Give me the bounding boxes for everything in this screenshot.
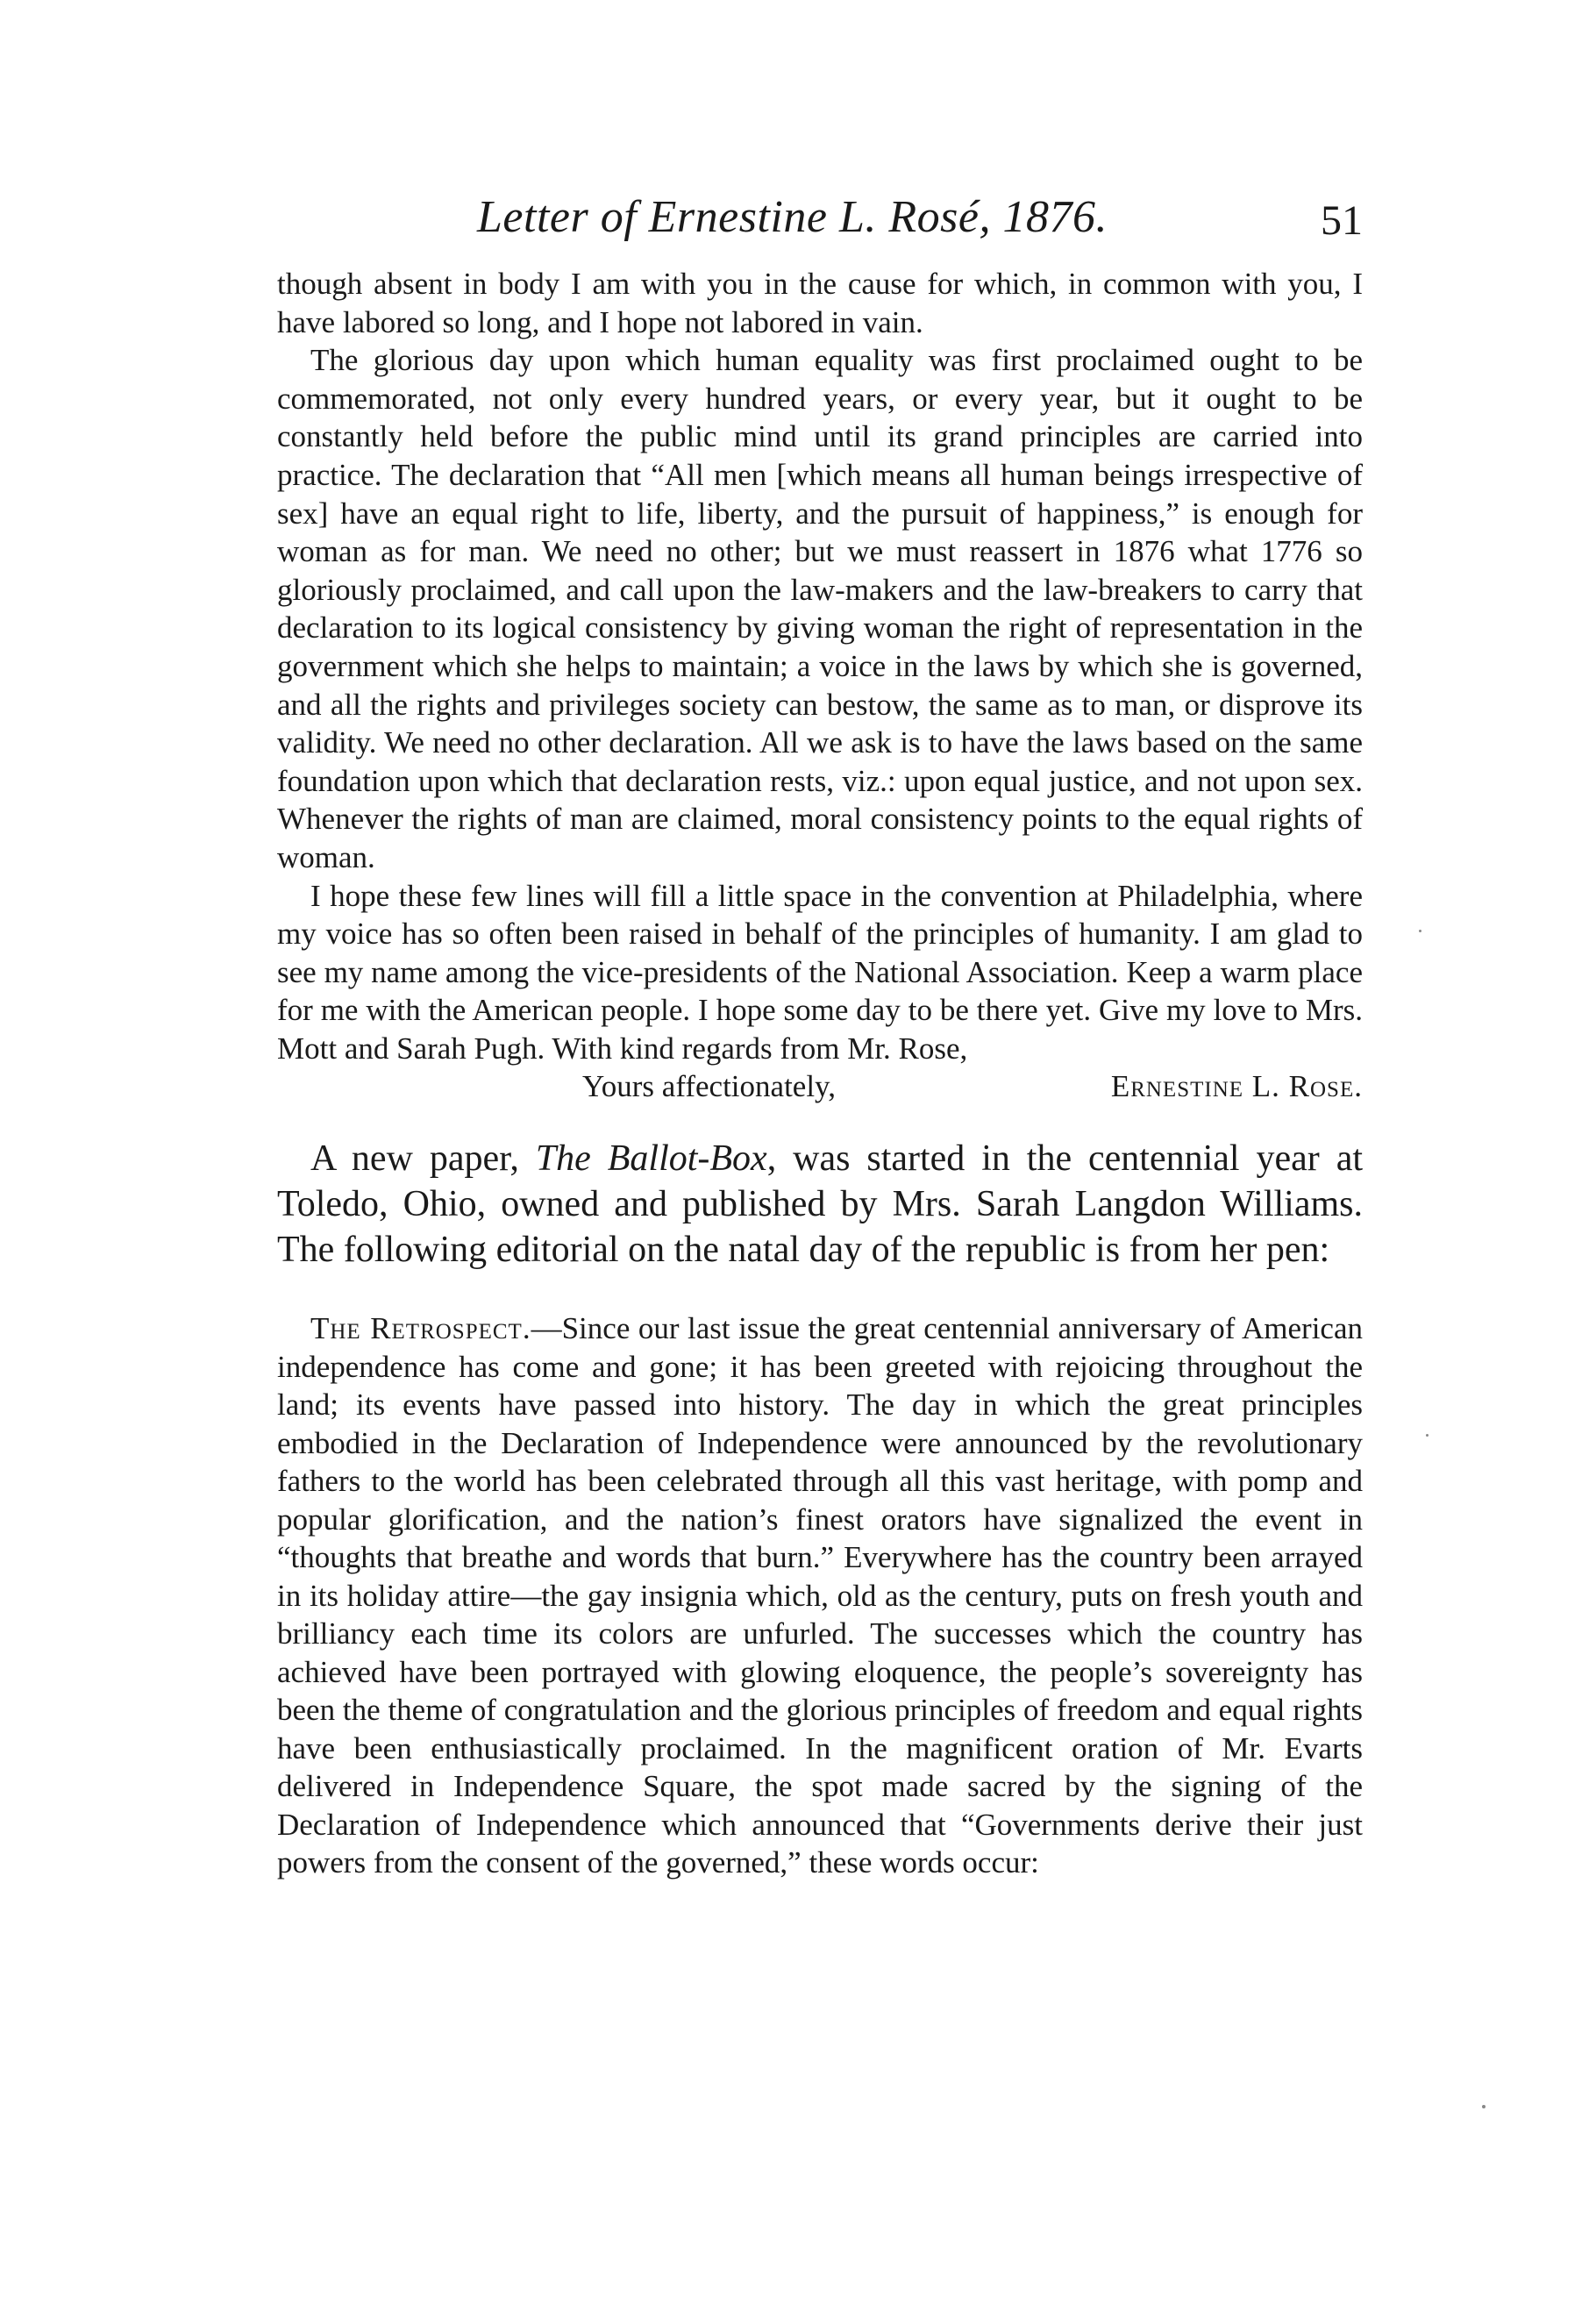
- page-number: 51: [1321, 196, 1363, 245]
- editorial-section: The Retrospect.—Since our last issue the…: [277, 1309, 1363, 1882]
- running-title: Letter of Ernestine L. Rosé, 1876.: [477, 191, 1108, 243]
- scan-speck: [1426, 1434, 1429, 1437]
- letter-section: though absent in body I am with you in t…: [277, 265, 1363, 1106]
- editorial-paragraph: The Retrospect.—Since our last issue the…: [277, 1309, 1363, 1882]
- paper-title: The Ballot-Box: [536, 1138, 767, 1179]
- letter-signature: Ernestine L. Rose.: [1111, 1067, 1363, 1106]
- letter-paragraph: I hope these few lines will fill a littl…: [277, 877, 1363, 1068]
- page-body: though absent in body I am with you in t…: [277, 265, 1363, 1882]
- editorial-text: Since our last issue the great centennia…: [277, 1311, 1363, 1880]
- em-dash: —: [531, 1311, 562, 1345]
- editorial-heading: The Retrospect.: [310, 1311, 531, 1345]
- intro-paragraph: A new paper, The Ballot-Box, was started…: [277, 1136, 1363, 1273]
- letter-paragraph: The glorious day upon which human equali…: [277, 341, 1363, 876]
- letter-signoff: Yours affectionately, Ernestine L. Rose.: [277, 1067, 1363, 1106]
- letter-closing: Yours affectionately,: [582, 1067, 836, 1106]
- scan-speck: [1419, 930, 1421, 932]
- letter-paragraph-continued: though absent in body I am with you in t…: [277, 265, 1363, 341]
- intro-text-before: A new paper,: [310, 1138, 536, 1179]
- page-header: Letter of Ernestine L. Rosé, 1876. 51: [277, 191, 1363, 253]
- scan-speck: [1482, 2105, 1486, 2108]
